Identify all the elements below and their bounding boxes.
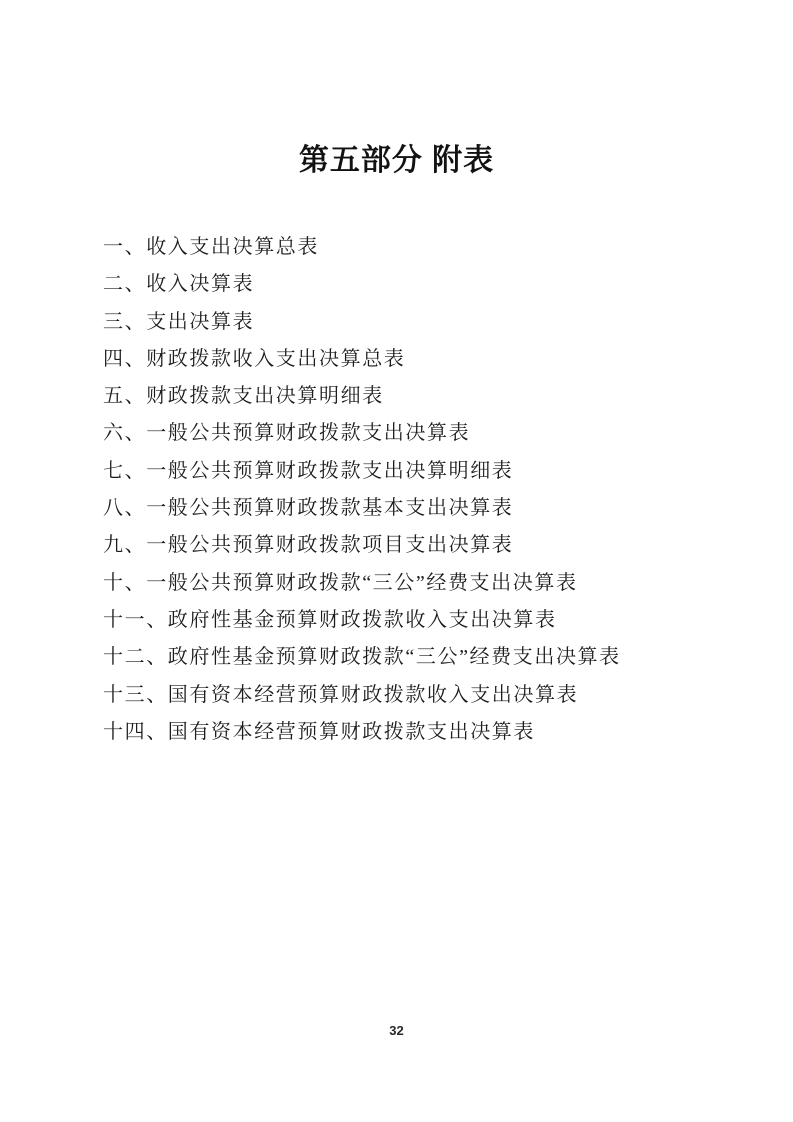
page-number: 32 (0, 1023, 793, 1038)
toc-item: 十四、国有资本经营预算财政拨款支出决算表 (103, 714, 743, 751)
toc-item: 一、收入支出决算总表 (103, 229, 743, 266)
toc-item: 十、一般公共预算财政拨款“三公”经费支出决算表 (103, 565, 743, 602)
toc-item: 四、财政拨款收入支出决算总表 (103, 341, 743, 378)
toc-item: 七、一般公共预算财政拨款支出决算明细表 (103, 453, 743, 490)
document-page: 第五部分 附表 一、收入支出决算总表 二、收入决算表 三、支出决算表 四、财政拨… (0, 0, 793, 1122)
page-title: 第五部分 附表 (0, 143, 793, 179)
toc-item: 十二、政府性基金预算财政拨款“三公”经费支出决算表 (103, 639, 743, 676)
toc-item: 十三、国有资本经营预算财政拨款收入支出决算表 (103, 677, 743, 714)
toc-item: 三、支出决算表 (103, 304, 743, 341)
toc-item: 九、一般公共预算财政拨款项目支出决算表 (103, 527, 743, 564)
toc-item: 十一、政府性基金预算财政拨款收入支出决算表 (103, 602, 743, 639)
toc-item: 二、收入决算表 (103, 266, 743, 303)
toc-item: 六、一般公共预算财政拨款支出决算表 (103, 415, 743, 452)
table-of-contents: 一、收入支出决算总表 二、收入决算表 三、支出决算表 四、财政拨款收入支出决算总… (103, 229, 743, 751)
toc-item: 八、一般公共预算财政拨款基本支出决算表 (103, 490, 743, 527)
toc-item: 五、财政拨款支出决算明细表 (103, 378, 743, 415)
